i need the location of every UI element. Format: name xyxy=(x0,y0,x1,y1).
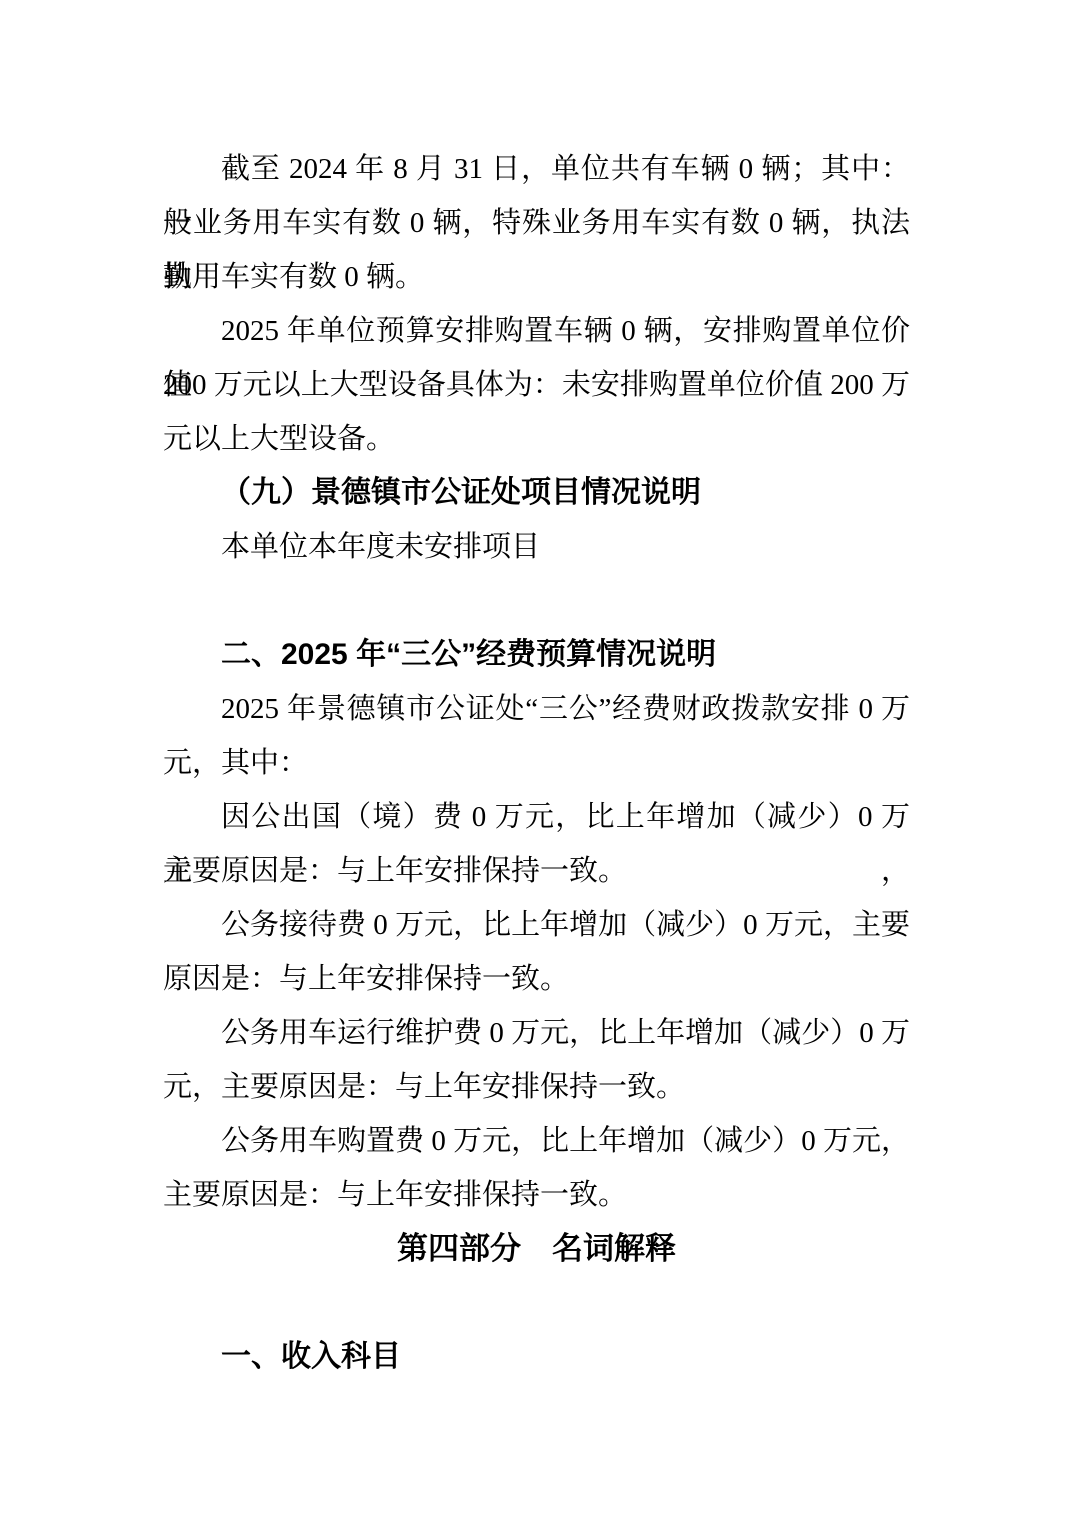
text-line: 2025 年单位预算安排购置车辆 0 辆，安排购置单位价值 xyxy=(163,304,910,358)
text-line: （九）景德镇市公证处项目情况说明 xyxy=(163,466,910,520)
para-vehicle-purchase-plan: 2025 年单位预算安排购置车辆 0 辆，安排购置单位价值200 万元以上大型设… xyxy=(163,304,910,466)
para-three-public-funds-total: 2025 年景德镇市公证处“三公”经费财政拨款安排 0 万元，其中： xyxy=(163,682,910,790)
para-vehicle-operation-expense: 公务用车运行维护费 0 万元，比上年增加（减少）0 万元，主要原因是：与上年安排… xyxy=(163,1006,910,1114)
text-line: 2025 年景德镇市公证处“三公”经费财政拨款安排 0 万 xyxy=(163,682,910,736)
text-line: 公务用车购置费 0 万元，比上年增加（减少）0 万元， xyxy=(163,1114,910,1168)
text-line: 一、收入科目 xyxy=(163,1330,910,1384)
text-line: 勤用车实有数 0 辆。 xyxy=(163,250,910,304)
text-line: 主要原因是：与上年安排保持一致。 xyxy=(163,1168,910,1222)
para-official-reception-expense: 公务接待费 0 万元，比上年增加（减少）0 万元，主要原因是：与上年安排保持一致… xyxy=(163,898,910,1006)
heading-section-nine-project-note: （九）景德镇市公证处项目情况说明 xyxy=(163,466,910,520)
blank-line xyxy=(163,574,910,628)
para-no-projects-arranged: 本单位本年度未安排项目 xyxy=(163,520,910,574)
blank-line-2 xyxy=(163,1276,910,1330)
text-line: 原因是：与上年安排保持一致。 xyxy=(163,952,910,1006)
text-line: 截至 2024 年 8 月 31 日，单位共有车辆 0 辆；其中：一 xyxy=(163,142,910,196)
text-line: 第四部分 名词解释 xyxy=(163,1222,910,1276)
blank-line-1 xyxy=(163,574,910,628)
para-overseas-trip-expense: 因公出国（境）费 0 万元，比上年增加（减少）0 万元，主要原因是：与上年安排保… xyxy=(163,790,910,898)
heading-part-four-glossary: 第四部分 名词解释 xyxy=(163,1222,910,1276)
para-vehicle-purchase-expense: 公务用车购置费 0 万元，比上年增加（减少）0 万元，主要原因是：与上年安排保持… xyxy=(163,1114,910,1222)
blank-line xyxy=(163,1276,910,1330)
text-line: 二、2025 年“三公”经费预算情况说明 xyxy=(163,628,910,682)
document-page: 截至 2024 年 8 月 31 日，单位共有车辆 0 辆；其中：一般业务用车实… xyxy=(0,0,1074,1520)
text-line: 元，其中： xyxy=(163,736,910,790)
text-line: 200 万元以上大型设备具体为：未安排购置单位价值 200 万 xyxy=(163,358,910,412)
text-line: 公务用车运行维护费 0 万元，比上年增加（减少）0 万 xyxy=(163,1006,910,1060)
text-line: 元，主要原因是：与上年安排保持一致。 xyxy=(163,1060,910,1114)
text-line: 般业务用车实有数 0 辆，特殊业务用车实有数 0 辆，执法执 xyxy=(163,196,910,250)
heading-income-subjects: 一、收入科目 xyxy=(163,1330,910,1384)
text-line: 公务接待费 0 万元，比上年增加（减少）0 万元，主要 xyxy=(163,898,910,952)
heading-three-public-funds-budget: 二、2025 年“三公”经费预算情况说明 xyxy=(163,628,910,682)
text-line: 本单位本年度未安排项目 xyxy=(163,520,910,574)
text-line: 元以上大型设备。 xyxy=(163,412,910,466)
text-line: 因公出国（境）费 0 万元，比上年增加（减少）0 万元， xyxy=(163,790,910,844)
para-vehicles-current: 截至 2024 年 8 月 31 日，单位共有车辆 0 辆；其中：一般业务用车实… xyxy=(163,142,910,304)
